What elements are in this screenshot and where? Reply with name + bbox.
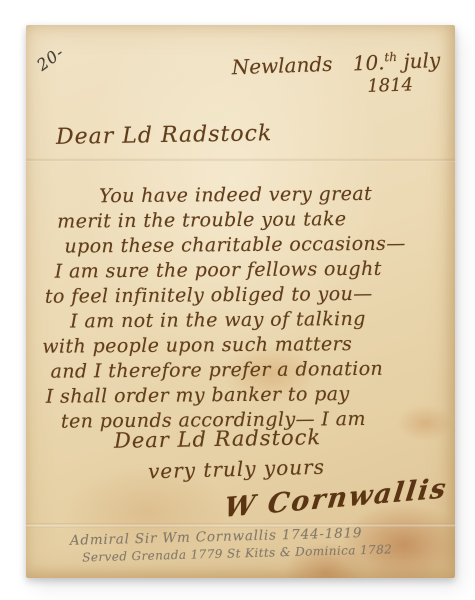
letter-body: You have indeed very great merit in the … [35,181,450,435]
curator-note: Admiral Sir Wm Cornwallis 1744-1819 Serv… [70,523,436,565]
body-line: merit in the trouble you take [57,206,448,234]
body-line: You have indeed very great [99,181,448,209]
body-line: upon these charitable occasions— [64,231,448,259]
price-mark: 20- [33,42,67,74]
place-name: Newlands [232,52,334,80]
dateline: Newlands 10.th july 1814 [232,43,442,103]
valediction: very truly yours [148,455,326,484]
salutation: Dear Ld Radstock [56,121,273,150]
date-month: july [403,48,441,73]
date-day: 10. [353,50,386,75]
closing-address: Dear Ld Radstock [114,425,322,453]
body-line: to feel infinitely obliged to you— [45,281,449,310]
body-line: and I therefore prefer a donation [50,356,449,384]
letter-paper: 20- Newlands 10.th july 1814 Dear Ld Rad… [26,25,455,578]
date-day-suffix: th [385,50,398,64]
body-line: I am sure the poor fellows ought [55,256,449,284]
body-line: with people upon such matters [42,331,449,360]
body-line: I am not in the way of talking [70,306,449,334]
body-line: I shall order my banker to pay [46,381,450,410]
signature: W Cornwallis [222,473,449,524]
